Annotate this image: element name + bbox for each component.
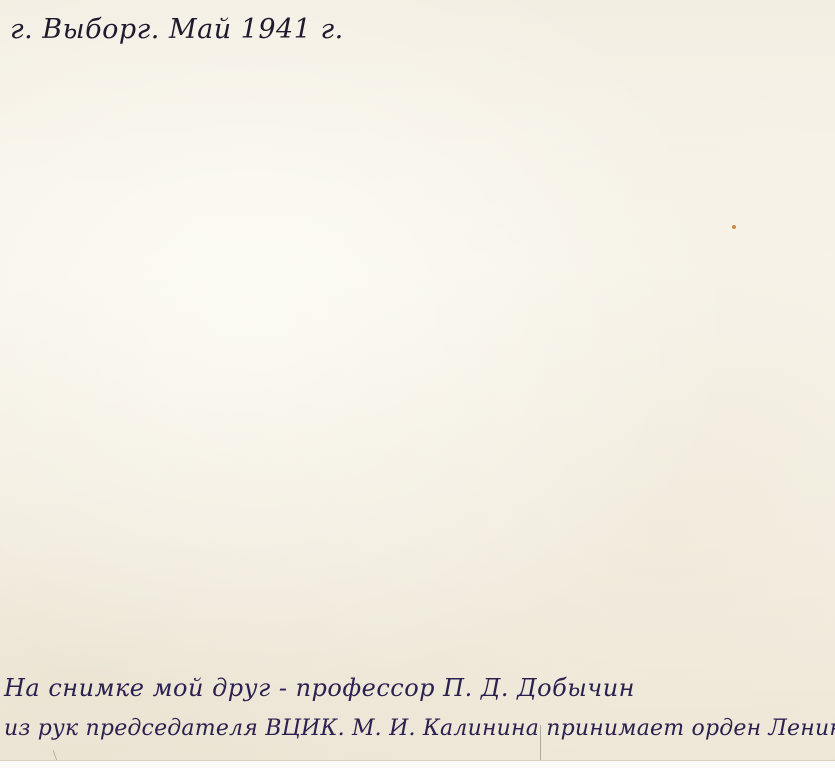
place-date-inscription: г. Выборг. Май 1941 г.: [10, 14, 344, 45]
photo-back-page: г. Выборг. Май 1941 г. На снимке мой дру…: [0, 0, 835, 768]
paper-bottom-edge: [0, 760, 835, 768]
paper-stain: [732, 225, 736, 229]
paper-crease: [540, 725, 541, 760]
caption-line-1: На снимке мой друг - профессор П. Д. Доб…: [4, 674, 635, 702]
caption-line-2: из рук председателя ВЦИК. М. И. Калинина…: [4, 716, 835, 741]
